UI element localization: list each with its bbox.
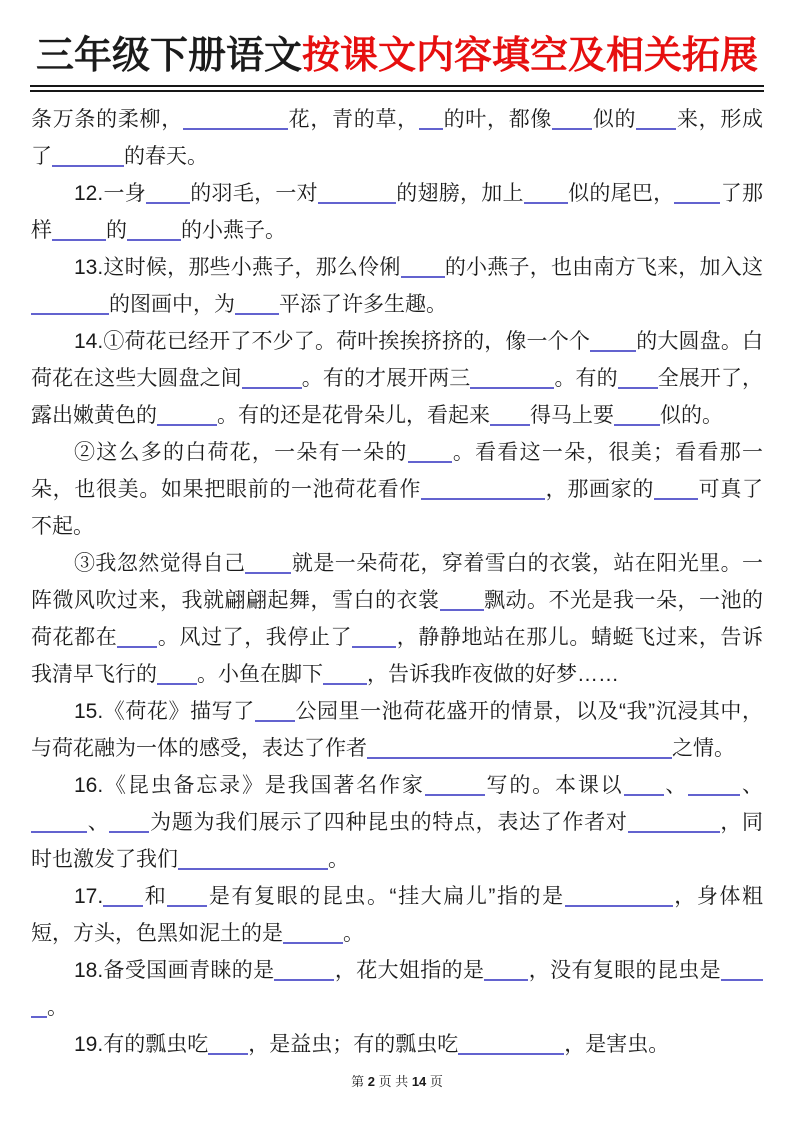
question-19: 19.有的瓢虫吃，是益虫；有的瓢虫吃，是害虫。 (31, 1026, 763, 1063)
fill-in-blank (283, 940, 343, 944)
text-run: 12.一身 (74, 182, 146, 205)
fill-in-blank (419, 126, 443, 130)
fill-in-blank (235, 311, 279, 315)
page-title-black-part: 三年级下册语文 (36, 35, 302, 77)
question-15: 15.《荷花》描写了公园里一池荷花盛开的情景，以及“我”沉浸其中，与荷花融为一体… (31, 693, 763, 767)
text-run: ，没有复眼的昆虫是 (528, 959, 721, 982)
text-run: ，是益虫；有的瓢虫吃 (248, 1033, 458, 1056)
footer-prefix: 第 (351, 1074, 364, 1089)
fill-in-blank (674, 200, 720, 204)
text-run: 是有复眼的昆虫。“挂大扁儿”指的是 (207, 885, 564, 908)
footer-suffix: 页 (430, 1074, 443, 1089)
question-16: 16.《昆虫备忘录》是我国著名作家写的。本课以、、、为题为我们展示了四种昆虫的特… (31, 767, 763, 878)
fill-in-blank (565, 903, 673, 907)
text-run: 似的 (592, 108, 636, 131)
fill-in-blank (524, 200, 568, 204)
text-run: ③我忽然觉得自己 (74, 552, 245, 575)
fill-in-blank (178, 866, 328, 870)
fill-in-blank (52, 237, 106, 241)
fill-in-blank (31, 311, 109, 315)
text-run: 的 (106, 219, 127, 242)
text-run: 19.有的瓢虫吃 (74, 1033, 208, 1056)
fill-in-blank (31, 829, 87, 833)
fill-in-blank (421, 496, 545, 500)
fill-in-blank (157, 681, 197, 685)
question-14-part1: 14.①荷花已经开了不少了。荷叶挨挨挤挤的，像一个个的大圆盘。白荷花在这些大圆盘… (31, 323, 763, 434)
text-run: ，花大姐指的是 (334, 959, 484, 982)
text-run: 。小鱼在脚下 (197, 663, 323, 686)
fill-in-blank (245, 570, 291, 574)
text-run: 15.《荷花》描写了 (74, 700, 255, 723)
question-13: 13.这时候，那些小燕子，那么伶俐的小燕子，也由南方飞来，加入这的图画中，为平添… (31, 249, 763, 323)
text-run: 平添了许多生趣。 (279, 293, 447, 316)
text-run: 、 (740, 774, 763, 797)
fill-in-blank (318, 200, 396, 204)
text-run: 之情。 (672, 737, 735, 760)
text-run: 。 (47, 996, 68, 1019)
fill-in-blank (117, 644, 157, 648)
fill-in-blank (614, 422, 660, 426)
title-divider-double-rule (30, 85, 764, 92)
text-run: 。有的 (554, 367, 617, 390)
fill-in-blank (157, 422, 217, 426)
question-18: 18.备受国画青睐的是，花大姐指的是，没有复眼的昆虫是。 (31, 952, 763, 1026)
footer-page-number: 2 (368, 1074, 375, 1089)
text-run: 18.备受国画青睐的是 (74, 959, 274, 982)
fill-in-blank (167, 903, 207, 907)
fill-in-blank (103, 903, 143, 907)
text-run: 和 (143, 885, 167, 908)
text-run: 为题为我们展示了四种昆虫的特点，表达了作者对 (149, 811, 627, 834)
fill-in-blank (624, 792, 664, 796)
text-run: ②这么多的白荷花，一朵有一朵的 (74, 441, 408, 464)
text-run: 。风过了，我停止了 (157, 626, 352, 649)
fill-in-blank (458, 1051, 564, 1055)
fill-in-blank (552, 126, 592, 130)
text-run: 13.这时候，那些小燕子，那么伶俐 (74, 256, 401, 279)
text-run: 。 (343, 922, 364, 945)
fill-in-blank (127, 237, 181, 241)
question-14-part2: ②这么多的白荷花，一朵有一朵的。看看这一朵，很美；看看那一朵，也很美。如果把眼前… (31, 434, 763, 545)
fill-in-blank (636, 126, 676, 130)
fill-in-blank (654, 496, 698, 500)
text-run: 、 (87, 811, 109, 834)
fill-in-blank (425, 792, 485, 796)
fill-in-blank (590, 348, 636, 352)
text-run: 的翅膀，加上 (396, 182, 524, 205)
text-run: 的小燕子，也由南方飞来，加入这 (445, 256, 763, 279)
fill-in-blank (208, 1051, 248, 1055)
fill-in-blank (323, 681, 367, 685)
text-run: 、 (664, 774, 689, 797)
text-run: 17. (74, 885, 103, 908)
question-17: 17.和是有复眼的昆虫。“挂大扁儿”指的是，身体粗短，方头，色黑如泥土的是。 (31, 878, 763, 952)
text-run: 似的尾巴， (568, 182, 675, 205)
text-run: 的小燕子。 (181, 219, 286, 242)
fill-in-blank (618, 385, 658, 389)
text-run: ，是害虫。 (564, 1033, 669, 1056)
text-run: 16.《昆虫备忘录》是我国著名作家 (74, 774, 425, 797)
fill-in-blank (688, 792, 740, 796)
fill-in-blank (721, 977, 763, 981)
page-title: 三年级下册语文按课文内容填空及相关拓展 (30, 34, 764, 80)
footer-total-pages: 14 (412, 1074, 426, 1089)
footer-middle: 页 共 (379, 1074, 409, 1089)
text-run: 14.①荷花已经开了不少了。荷叶挨挨挤挤的，像一个个 (74, 330, 590, 353)
fill-in-blank (367, 755, 672, 759)
text-run: 的图画中，为 (109, 293, 235, 316)
fill-in-blank (31, 1014, 47, 1018)
text-run: 条万条的柔柳， (31, 108, 183, 131)
fill-in-blank (255, 718, 295, 722)
fill-in-blank (352, 644, 396, 648)
fill-in-blank (440, 607, 484, 611)
page-title-red-part: 按课文内容填空及相关拓展 (302, 35, 758, 77)
text-run: 的羽毛，一对 (190, 182, 318, 205)
fill-in-blank (274, 977, 334, 981)
text-run: 似的。 (660, 404, 723, 427)
text-run: 。有的才展开两三 (302, 367, 471, 390)
fill-in-blank (470, 385, 554, 389)
page-footer: 第 2 页 共 14 页 (0, 1071, 794, 1090)
fill-in-blank (401, 274, 445, 278)
fill-in-blank (408, 459, 452, 463)
text-run: 得马上要 (530, 404, 614, 427)
fill-in-blank (183, 126, 288, 130)
fill-in-blank (628, 829, 720, 833)
intro-continuation: 条万条的柔柳，花，青的草，的叶，都像似的来，形成了的春天。 (31, 101, 763, 175)
text-run: 。有的还是花骨朵儿，看起来 (217, 404, 490, 427)
fill-in-blank (52, 163, 124, 167)
text-run: 的春天。 (124, 145, 208, 168)
text-run: ，告诉我昨夜做的好梦…… (367, 663, 619, 686)
text-run: ，那画家的 (545, 478, 654, 501)
fill-in-blank (484, 977, 528, 981)
text-run: 花，青的草， (288, 108, 419, 131)
fill-in-blank (490, 422, 530, 426)
question-12: 12.一身的羽毛，一对的翅膀，加上似的尾巴，了那样的的小燕子。 (31, 175, 763, 249)
text-run: 。 (328, 848, 349, 871)
text-run: 的叶，都像 (443, 108, 552, 131)
fill-in-blank (242, 385, 302, 389)
text-run: 写的。本课以 (485, 774, 624, 797)
fill-in-blank (146, 200, 190, 204)
worksheet-body: 条万条的柔柳，花，青的草，的叶，都像似的来，形成了的春天。12.一身的羽毛，一对… (31, 101, 763, 1063)
question-14-part3: ③我忽然觉得自己就是一朵荷花，穿着雪白的衣裳，站在阳光里。一阵微风吹过来，我就翩… (31, 545, 763, 693)
fill-in-blank (109, 829, 149, 833)
worksheet-page: 三年级下册语文按课文内容填空及相关拓展 条万条的柔柳，花，青的草，的叶，都像似的… (0, 0, 794, 1122)
